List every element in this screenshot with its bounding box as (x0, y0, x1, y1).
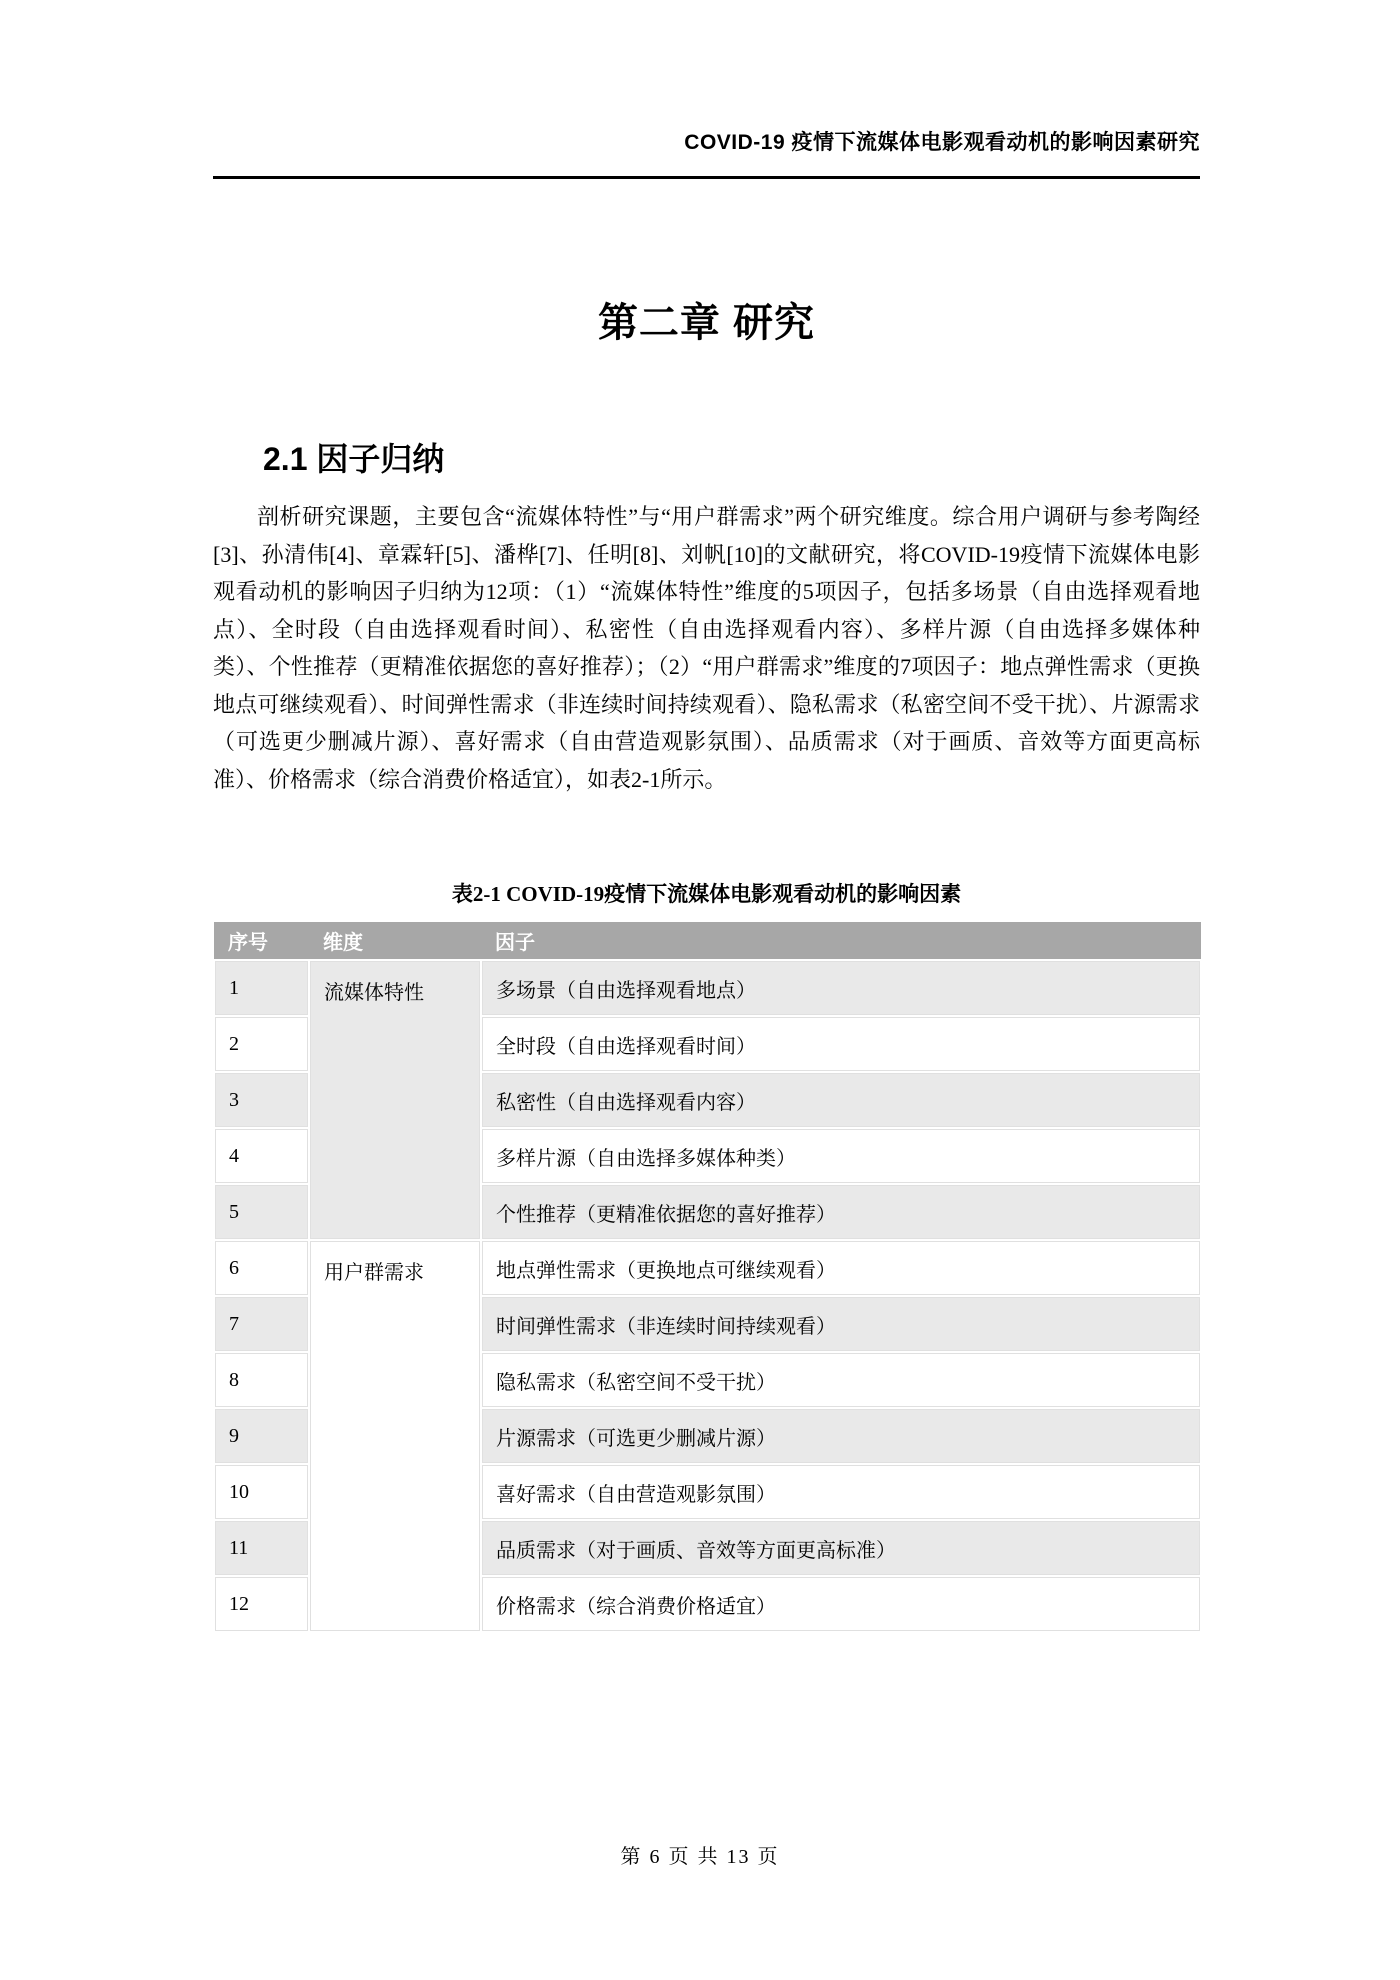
row-number-cell: 4 (214, 1128, 309, 1184)
factor-cell: 私密性（自由选择观看内容） (481, 1072, 1201, 1128)
page-number: 第 6 页 共 13 页 (0, 1840, 1400, 1869)
table-caption: 表2-1 COVID-19疫情下流媒体电影观看动机的影响因素 (213, 878, 1200, 908)
row-number-cell: 9 (214, 1408, 309, 1464)
row-number-cell: 1 (214, 960, 309, 1016)
factor-cell: 地点弹性需求（更换地点可继续观看） (481, 1240, 1201, 1296)
row-number-cell: 2 (214, 1016, 309, 1072)
factor-cell: 多场景（自由选择观看地点） (481, 960, 1201, 1016)
row-number-cell: 8 (214, 1352, 309, 1408)
running-header: COVID-19 疫情下流媒体电影观看动机的影响因素研究 (213, 0, 1200, 179)
section-heading: 2.1 因子归纳 (263, 434, 1200, 480)
row-number-cell: 6 (214, 1240, 309, 1296)
column-header-factor: 因子 (481, 922, 1201, 960)
factor-cell: 片源需求（可选更少删减片源） (481, 1408, 1201, 1464)
column-header-dimension: 维度 (309, 922, 481, 960)
table-header-row: 序号 维度 因子 (214, 922, 1201, 960)
factor-cell: 时间弹性需求（非连续时间持续观看） (481, 1296, 1201, 1352)
row-number-cell: 5 (214, 1184, 309, 1240)
dimension-cell: 流媒体特性 (309, 960, 481, 1240)
row-number-cell: 3 (214, 1072, 309, 1128)
table-header: 序号 维度 因子 (214, 922, 1201, 960)
factor-cell: 个性推荐（更精准依据您的喜好推荐） (481, 1184, 1201, 1240)
factor-cell: 隐私需求（私密空间不受干扰） (481, 1352, 1201, 1408)
factor-cell: 价格需求（综合消费价格适宜） (481, 1576, 1201, 1632)
column-header-no: 序号 (214, 922, 309, 960)
body-paragraph: 剖析研究课题，主要包含“流媒体特性”与“用户群需求”两个研究维度。综合用户调研与… (213, 498, 1200, 798)
row-number-cell: 11 (214, 1520, 309, 1576)
row-number-cell: 7 (214, 1296, 309, 1352)
page-content: COVID-19 疫情下流媒体电影观看动机的影响因素研究 第二章 研究 2.1 … (213, 0, 1200, 1633)
factor-cell: 喜好需求（自由营造观影氛围） (481, 1464, 1201, 1520)
document-page: COVID-19 疫情下流媒体电影观看动机的影响因素研究 第二章 研究 2.1 … (0, 0, 1400, 1980)
dimension-cell: 用户群需求 (309, 1240, 481, 1632)
chapter-title: 第二章 研究 (213, 291, 1200, 348)
factor-cell: 多样片源（自由选择多媒体种类） (481, 1128, 1201, 1184)
factor-cell: 品质需求（对于画质、音效等方面更高标准） (481, 1520, 1201, 1576)
table-body: 1 流媒体特性 多场景（自由选择观看地点） 2 全时段（自由选择观看时间） 3 … (214, 960, 1201, 1632)
row-number-cell: 12 (214, 1576, 309, 1632)
row-number-cell: 10 (214, 1464, 309, 1520)
factor-cell: 全时段（自由选择观看时间） (481, 1016, 1201, 1072)
running-header-text: COVID-19 疫情下流媒体电影观看动机的影响因素研究 (684, 131, 1200, 154)
table-row: 6 用户群需求 地点弹性需求（更换地点可继续观看） (214, 1240, 1201, 1296)
table-row: 1 流媒体特性 多场景（自由选择观看地点） (214, 960, 1201, 1016)
factors-table: 序号 维度 因子 1 流媒体特性 多场景（自由选择观看地点） 2 全时段（自由选… (213, 922, 1202, 1633)
